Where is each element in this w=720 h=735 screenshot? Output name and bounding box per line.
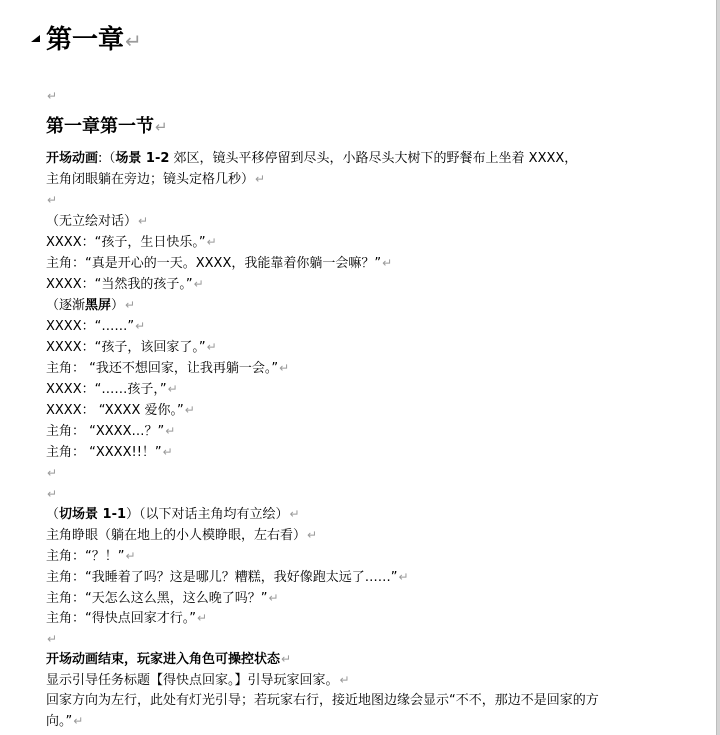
dialogue-line: XXXX：“……孩子，”↵	[46, 379, 178, 400]
dialogue-line: 主角：“？！”↵	[46, 546, 136, 567]
empty-paragraph: ↵	[46, 190, 57, 211]
dialogue-line: 主角： “XXXX!!！”↵	[46, 442, 173, 463]
empty-paragraph: ↵	[46, 86, 57, 107]
heading-2: 第一章第一节↵	[46, 114, 168, 140]
dialogue-line: 主角： “XXXX…？”↵	[46, 421, 175, 442]
dialogue-line: 主角：“天怎么这么黑，这么晚了吗？”↵	[46, 588, 279, 609]
empty-paragraph: ↵	[46, 629, 57, 650]
dialogue-line: XXXX： “XXXX 爱你。”↵	[46, 400, 195, 421]
paragraph-mark-icon: ↵	[125, 29, 142, 53]
paragraph-mark-icon: ↵	[155, 118, 168, 136]
dialogue-line: XXXX：“当然我的孩子。”↵	[46, 274, 204, 295]
stage-direction: 主角睁眼（躺在地上的小人模睁眼，左右看）↵	[46, 525, 317, 546]
dialogue-line: XXXX：“孩子，该回家了。”↵	[46, 337, 217, 358]
paragraph-mark-icon: ↵	[47, 89, 57, 103]
dialogue-line: XXXX：“孩子，生日快乐。”↵	[46, 232, 217, 253]
collapse-triangle-icon[interactable]	[31, 35, 40, 42]
paragraph-intro: 开场动画:（场景 1-2 郊区，镜头平移停留到尽头，小路尽头大树下的野餐布上坐着…	[46, 148, 577, 190]
empty-paragraph: ↵	[46, 463, 57, 484]
dialogue-line: 主角：“真是开心的一天。XXXX，我能靠着你躺一会嘛？”↵	[46, 253, 392, 274]
heading-1: 第一章↵	[46, 22, 142, 59]
paragraph: 显示引导任务标题【得快点回家。】引导玩家回家。↵	[46, 670, 350, 691]
page-edge	[716, 0, 720, 735]
empty-paragraph: ↵	[46, 484, 57, 505]
stage-direction: （切场景 1-1）（以下对话主角均有立绘）↵	[46, 504, 300, 525]
stage-direction: （逐渐黑屏）↵	[46, 295, 135, 316]
dialogue-line: 主角：“得快点回家才行。”↵	[46, 608, 207, 629]
dialogue-line: XXXX：“……”↵	[46, 316, 145, 337]
dialogue-line: 主角：“我睡着了吗？这是哪儿？糟糕，我好像跑太远了……”↵	[46, 567, 409, 588]
section-note-bold: 开场动画结束，玩家进入角色可操控状态↵	[46, 649, 291, 670]
dialogue-line: 主角： “我还不想回家，让我再躺一会。”↵	[46, 358, 289, 379]
paragraph: （无立绘对话）↵	[46, 211, 148, 232]
paragraph: 回家方向为左行，此处有灯光引导；若玩家右行，接近地图边缘会显示“不不，那边不是回…	[46, 690, 606, 732]
